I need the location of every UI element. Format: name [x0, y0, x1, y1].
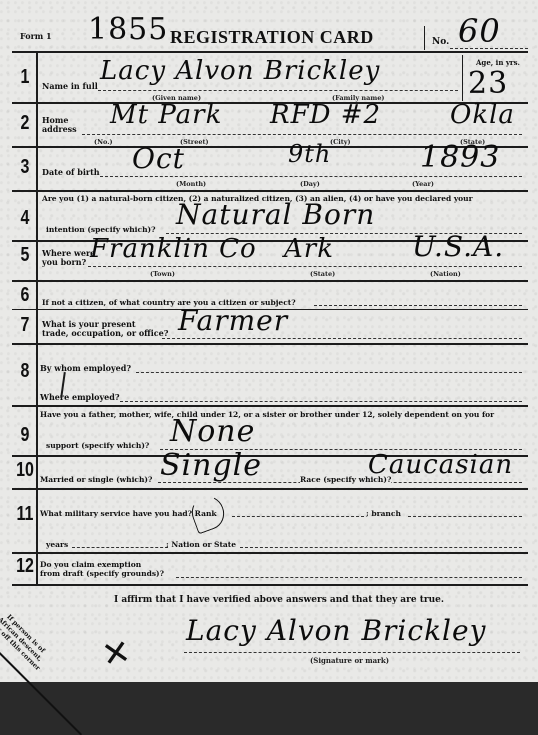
row-number-9: 9 [18, 424, 32, 447]
rank-line [232, 516, 364, 517]
birth-day-value[interactable]: 9th [288, 140, 331, 168]
row-rule [12, 488, 528, 490]
exemption-label-1: Do you claim exemption [40, 560, 141, 569]
registration-card: Form 1 1855 REGISTRATION CARD No. 60 1 N… [0, 0, 538, 682]
row-number-10: 10 [15, 459, 36, 482]
affirmation-text: I affirm that I have verified above answ… [114, 596, 444, 605]
birth-town-value[interactable]: Franklin Co [90, 234, 257, 264]
birth-nation-value[interactable]: U.S.A. [412, 230, 504, 263]
signature-line [184, 652, 520, 653]
day-caption: (Day) [300, 180, 320, 188]
row-number-3: 3 [18, 156, 32, 179]
row-number-7: 7 [18, 314, 32, 337]
citizenship-value[interactable]: Natural Born [176, 198, 375, 231]
branch-label: ; branch [366, 509, 401, 518]
dependents-question: Have you a father, mother, wife, child u… [40, 410, 494, 419]
row-rule [12, 584, 528, 586]
row-number-4: 4 [18, 207, 32, 230]
marital-status-value[interactable]: Single [160, 448, 262, 483]
divider [424, 26, 425, 50]
employment-place-label: Where employed? [40, 393, 120, 402]
citizenship-label: intention (specify which)? [46, 225, 156, 234]
top-rule [12, 51, 528, 53]
nation-or-state-line [240, 547, 522, 548]
employment-place-line [120, 401, 522, 402]
card-title: REGISTRATION CARD [170, 27, 374, 48]
serial-number-handwritten: 1855 [88, 12, 168, 47]
nation-or-state-label: ; Nation or State [166, 540, 236, 549]
row-number-12: 12 [15, 555, 36, 578]
dependents-value[interactable]: None [170, 414, 255, 449]
month-caption: (Month) [176, 180, 206, 188]
age-value[interactable]: 23 [468, 66, 508, 101]
row-number-6: 6 [18, 284, 32, 307]
row-rule [12, 405, 528, 407]
birthplace-line [88, 266, 522, 267]
town-caption: (Town) [150, 270, 175, 278]
home-label-2: address [42, 125, 77, 134]
row-rule [12, 552, 528, 554]
race-value[interactable]: Caucasian [368, 450, 513, 480]
pen-loop [187, 492, 229, 535]
years-label: years [46, 540, 68, 549]
row-number-8: 8 [18, 360, 32, 383]
address-street-value[interactable]: Mt Park [110, 100, 222, 130]
row-number-5: 5 [18, 244, 32, 267]
signature-caption: (Signature or mark) [310, 656, 389, 665]
signature[interactable]: Lacy Alvon Brickley [186, 614, 486, 647]
military-service-label: What military service have you had? Rank [40, 509, 217, 518]
nation-caption: (Nation) [430, 270, 461, 278]
occupation-label-2: trade, occupation, or office? [42, 329, 168, 338]
left-rule [36, 51, 38, 586]
row-number-11: 11 [15, 503, 36, 526]
employer-line [136, 372, 522, 373]
dob-label: Date of birth [42, 168, 100, 177]
birth-year-value[interactable]: 1893 [420, 140, 500, 175]
no-caption: (No.) [94, 138, 113, 146]
birth-month-value[interactable]: Oct [132, 142, 185, 175]
age-divider [462, 55, 463, 101]
years-line [72, 547, 168, 548]
birth-state-value[interactable]: Ark [284, 234, 334, 264]
row-rule [12, 343, 528, 345]
foreign-citizen-line [314, 305, 522, 306]
dob-line [100, 176, 522, 177]
dependents-label: support (specify which)? [46, 441, 149, 450]
number-label: No. [432, 38, 449, 47]
address-line [82, 134, 522, 135]
row-rule [12, 190, 528, 192]
name-line [98, 90, 458, 91]
mark-x: ✕ [99, 632, 134, 676]
birthplace-label-2: you born? [42, 258, 86, 267]
exemption-label-2: from draft (specify grounds)? [40, 569, 164, 578]
name-label: Name in full [42, 82, 98, 91]
address-city-value[interactable]: RFD #2 [270, 100, 381, 130]
row-number-2: 2 [18, 112, 32, 135]
occupation-value[interactable]: Farmer [178, 304, 288, 337]
year-caption: (Year) [412, 180, 434, 188]
form-label: Form 1 [20, 32, 52, 41]
marital-status-label: Married or single (which)? [40, 475, 152, 484]
employer-label: By whom employed? [40, 364, 131, 373]
state-caption: (State) [310, 270, 335, 278]
row-number-1: 1 [18, 66, 32, 89]
card-number: 60 [458, 12, 501, 50]
address-state-value[interactable]: Okla [450, 100, 515, 130]
city-caption: (City) [330, 138, 351, 146]
occupation-line [162, 338, 522, 339]
name-value[interactable]: Lacy Alvon Brickley [100, 56, 380, 86]
exemption-line [176, 577, 522, 578]
branch-line [408, 516, 522, 517]
row-rule [12, 280, 528, 282]
